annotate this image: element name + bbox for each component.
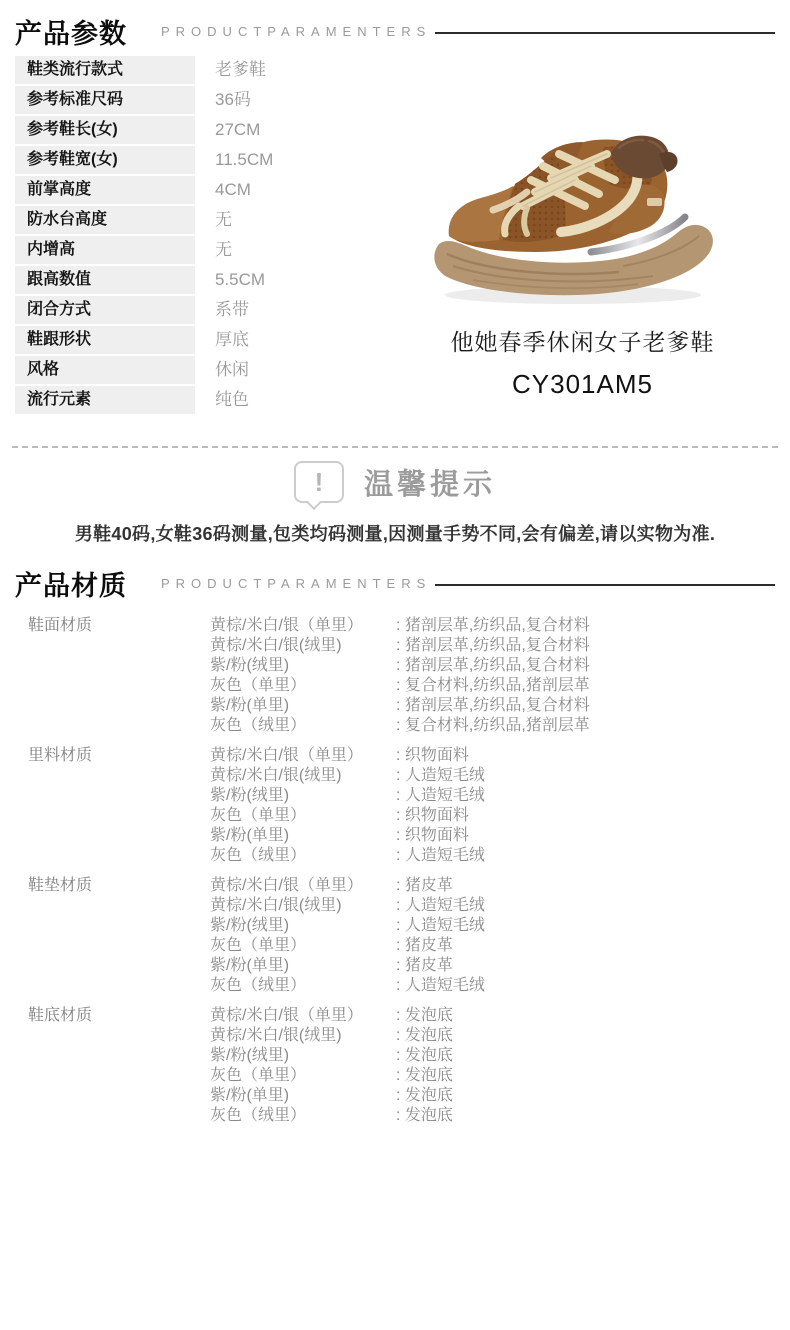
material-variant: 紫/粉(绒里) <box>210 786 396 806</box>
tips-header: ! 温馨提示 <box>0 454 790 510</box>
header-rule <box>435 584 775 586</box>
param-value: 老爹鞋 <box>195 56 266 84</box>
material-variant: 黄棕/米白/银（单里） <box>210 876 396 896</box>
material-section: 鞋垫材质黄棕/米白/银（单里）: 猪皮革黄棕/米白/银(绒里): 人造短毛绒紫/… <box>28 876 775 996</box>
material-row: 黄棕/米白/银（单里）: 猪剖层革,纺织品,复合材料 <box>210 616 775 636</box>
params-area: 鞋类流行款式老爹鞋参考标准尺码36码参考鞋长(女)27CM参考鞋宽(女)11.5… <box>0 52 790 416</box>
material-row: 灰色（单里）: 猪皮革 <box>210 936 775 956</box>
param-label: 参考鞋长(女) <box>15 116 195 144</box>
param-row: 鞋跟形状厚底 <box>15 326 390 356</box>
param-label: 参考鞋宽(女) <box>15 146 195 174</box>
material-variant: 紫/粉(单里) <box>210 826 396 846</box>
param-row: 闭合方式系带 <box>15 296 390 326</box>
material-label: 里料材质 <box>28 746 210 866</box>
param-label: 鞋跟形状 <box>15 326 195 354</box>
material-value: 人造短毛绒 <box>405 916 485 936</box>
material-colon: : <box>396 876 405 896</box>
param-label: 防水台高度 <box>15 206 195 234</box>
product-image-shoe <box>423 114 743 314</box>
param-label: 内增高 <box>15 236 195 264</box>
material-row: 灰色（绒里）: 人造短毛绒 <box>210 846 775 866</box>
material-colon: : <box>396 936 405 956</box>
params-section-subtitle: PRODUCTPARAMENTERS <box>161 24 431 39</box>
material-variant: 紫/粉(绒里) <box>210 1046 396 1066</box>
material-row: 灰色（绒里）: 发泡底 <box>210 1106 775 1126</box>
material-colon: : <box>396 1066 405 1086</box>
material-variant: 紫/粉(绒里) <box>210 916 396 936</box>
material-row: 灰色（绒里）: 复合材料,纺织品,猪剖层革 <box>210 716 775 736</box>
param-value: 系带 <box>195 296 249 324</box>
param-label: 参考标准尺码 <box>15 86 195 114</box>
param-row: 跟高数值5.5CM <box>15 266 390 296</box>
param-row: 内增高无 <box>15 236 390 266</box>
param-value: 无 <box>195 206 232 234</box>
params-section-title: 产品参数 <box>15 12 127 51</box>
param-row: 流行元素纯色 <box>15 386 390 416</box>
material-value: 猪皮革 <box>405 876 453 896</box>
material-colon: : <box>396 636 405 656</box>
material-colon: : <box>396 1086 405 1106</box>
material-label: 鞋底材质 <box>28 1006 210 1126</box>
param-row: 鞋类流行款式老爹鞋 <box>15 56 390 86</box>
material-variant: 黄棕/米白/银（单里） <box>210 1006 396 1026</box>
material-value: 猪剖层革,纺织品,复合材料 <box>405 696 590 716</box>
material-rows: 黄棕/米白/银（单里）: 猪剖层革,纺织品,复合材料黄棕/米白/银(绒里): 猪… <box>210 616 775 736</box>
dashed-divider <box>12 446 778 448</box>
material-colon: : <box>396 1046 405 1066</box>
param-label: 闭合方式 <box>15 296 195 324</box>
material-row: 紫/粉(绒里): 发泡底 <box>210 1046 775 1066</box>
material-variant: 紫/粉(单里) <box>210 696 396 716</box>
material-row: 黄棕/米白/银(绒里): 人造短毛绒 <box>210 896 775 916</box>
material-variant: 灰色（单里） <box>210 676 396 696</box>
material-colon: : <box>396 716 405 736</box>
material-value: 猪剖层革,纺织品,复合材料 <box>405 616 590 636</box>
material-rows: 黄棕/米白/银（单里）: 发泡底黄棕/米白/银(绒里): 发泡底紫/粉(绒里):… <box>210 1006 775 1126</box>
materials-section-title: 产品材质 <box>15 564 127 603</box>
material-value: 人造短毛绒 <box>405 846 485 866</box>
material-value: 织物面料 <box>405 746 469 766</box>
material-variant: 灰色（绒里） <box>210 716 396 736</box>
section-header-materials: 产品材质 PRODUCTPARAMENTERS <box>0 552 790 604</box>
product-model: CY301AM5 <box>390 369 775 400</box>
material-colon: : <box>396 846 405 866</box>
tips-title: 温馨提示 <box>364 462 496 503</box>
material-variant: 黄棕/米白/银(绒里) <box>210 1026 396 1046</box>
material-colon: : <box>396 1026 405 1046</box>
material-value: 猪剖层革,纺织品,复合材料 <box>405 636 590 656</box>
param-value: 11.5CM <box>195 146 273 174</box>
param-label: 前掌高度 <box>15 176 195 204</box>
material-colon: : <box>396 616 405 636</box>
material-colon: : <box>396 916 405 936</box>
material-label: 鞋面材质 <box>28 616 210 736</box>
material-row: 紫/粉(绒里): 人造短毛绒 <box>210 916 775 936</box>
material-colon: : <box>396 766 405 786</box>
param-value: 厚底 <box>195 326 249 354</box>
material-row: 紫/粉(单里): 发泡底 <box>210 1086 775 1106</box>
product-block: 他她春季休闲女子老爹鞋 CY301AM5 <box>390 56 775 416</box>
material-label: 鞋垫材质 <box>28 876 210 996</box>
material-value: 发泡底 <box>405 1046 453 1066</box>
material-row: 灰色（绒里）: 人造短毛绒 <box>210 976 775 996</box>
material-section: 里料材质黄棕/米白/银（单里）: 织物面料黄棕/米白/银(绒里): 人造短毛绒紫… <box>28 746 775 866</box>
materials-list: 鞋面材质黄棕/米白/银（单里）: 猪剖层革,纺织品,复合材料黄棕/米白/银(绒里… <box>0 604 790 1126</box>
material-colon: : <box>396 1006 405 1026</box>
material-row: 紫/粉(单里): 猪剖层革,纺织品,复合材料 <box>210 696 775 716</box>
param-value: 4CM <box>195 176 251 204</box>
param-label: 鞋类流行款式 <box>15 56 195 84</box>
material-value: 猪皮革 <box>405 936 453 956</box>
material-section: 鞋面材质黄棕/米白/银（单里）: 猪剖层革,纺织品,复合材料黄棕/米白/银(绒里… <box>28 616 775 736</box>
material-colon: : <box>396 696 405 716</box>
tips-text: 男鞋40码,女鞋36码测量,包类均码测量,因测量手势不同,会有偏差,请以实物为准… <box>0 520 790 546</box>
param-row: 前掌高度4CM <box>15 176 390 206</box>
params-table: 鞋类流行款式老爹鞋参考标准尺码36码参考鞋长(女)27CM参考鞋宽(女)11.5… <box>15 56 390 416</box>
material-row: 灰色（单里）: 发泡底 <box>210 1066 775 1086</box>
param-value: 纯色 <box>195 386 249 414</box>
material-variant: 黄棕/米白/银(绒里) <box>210 896 396 916</box>
material-value: 复合材料,纺织品,猪剖层革 <box>405 716 590 736</box>
param-label: 风格 <box>15 356 195 384</box>
material-value: 猪皮革 <box>405 956 453 976</box>
material-colon: : <box>396 1106 405 1126</box>
material-value: 织物面料 <box>405 806 469 826</box>
param-value: 27CM <box>195 116 260 144</box>
material-colon: : <box>396 676 405 696</box>
material-variant: 黄棕/米白/银(绒里) <box>210 636 396 656</box>
material-rows: 黄棕/米白/银（单里）: 猪皮革黄棕/米白/银(绒里): 人造短毛绒紫/粉(绒里… <box>210 876 775 996</box>
material-value: 人造短毛绒 <box>405 896 485 916</box>
bubble-tail <box>307 496 321 510</box>
material-variant: 灰色（单里） <box>210 1066 396 1086</box>
material-variant: 灰色（绒里） <box>210 976 396 996</box>
exclamation-bubble-icon: ! <box>294 461 344 503</box>
material-variant: 黄棕/米白/银（单里） <box>210 616 396 636</box>
material-value: 猪剖层革,纺织品,复合材料 <box>405 656 590 676</box>
param-row: 参考鞋宽(女)11.5CM <box>15 146 390 176</box>
exclamation-glyph: ! <box>315 469 324 495</box>
material-value: 发泡底 <box>405 1106 453 1126</box>
material-variant: 紫/粉(单里) <box>210 956 396 976</box>
material-value: 人造短毛绒 <box>405 766 485 786</box>
material-colon: : <box>396 826 405 846</box>
material-rows: 黄棕/米白/银（单里）: 织物面料黄棕/米白/银(绒里): 人造短毛绒紫/粉(绒… <box>210 746 775 866</box>
material-row: 黄棕/米白/银（单里）: 发泡底 <box>210 1006 775 1026</box>
material-colon: : <box>396 806 405 826</box>
material-variant: 灰色（单里） <box>210 806 396 826</box>
product-title: 他她春季休闲女子老爹鞋 <box>390 324 775 357</box>
material-colon: : <box>396 956 405 976</box>
material-row: 黄棕/米白/银(绒里): 人造短毛绒 <box>210 766 775 786</box>
material-colon: : <box>396 896 405 916</box>
material-variant: 灰色（绒里） <box>210 846 396 866</box>
param-row: 参考鞋长(女)27CM <box>15 116 390 146</box>
material-colon: : <box>396 746 405 766</box>
material-variant: 黄棕/米白/银（单里） <box>210 746 396 766</box>
param-value: 36码 <box>195 86 251 114</box>
material-variant: 紫/粉(绒里) <box>210 656 396 676</box>
param-value: 无 <box>195 236 232 264</box>
material-value: 发泡底 <box>405 1086 453 1106</box>
material-value: 人造短毛绒 <box>405 976 485 996</box>
material-row: 黄棕/米白/银（单里）: 织物面料 <box>210 746 775 766</box>
material-row: 紫/粉(绒里): 人造短毛绒 <box>210 786 775 806</box>
section-header-params: 产品参数 PRODUCTPARAMENTERS <box>0 0 790 52</box>
material-variant: 灰色（单里） <box>210 936 396 956</box>
material-colon: : <box>396 786 405 806</box>
material-value: 织物面料 <box>405 826 469 846</box>
material-value: 发泡底 <box>405 1026 453 1046</box>
material-value: 发泡底 <box>405 1006 453 1026</box>
material-value: 发泡底 <box>405 1066 453 1086</box>
material-section: 鞋底材质黄棕/米白/银（单里）: 发泡底黄棕/米白/银(绒里): 发泡底紫/粉(… <box>28 1006 775 1126</box>
product-detail-page: 产品参数 PRODUCTPARAMENTERS 鞋类流行款式老爹鞋参考标准尺码3… <box>0 0 790 1126</box>
param-label: 流行元素 <box>15 386 195 414</box>
material-row: 紫/粉(绒里): 猪剖层革,纺织品,复合材料 <box>210 656 775 676</box>
material-row: 灰色（单里）: 复合材料,纺织品,猪剖层革 <box>210 676 775 696</box>
header-rule <box>435 32 775 34</box>
param-label: 跟高数值 <box>15 266 195 294</box>
material-variant: 紫/粉(单里) <box>210 1086 396 1106</box>
param-value: 休闲 <box>195 356 249 384</box>
material-row: 紫/粉(单里): 猪皮革 <box>210 956 775 976</box>
material-colon: : <box>396 976 405 996</box>
material-colon: : <box>396 656 405 676</box>
material-variant: 黄棕/米白/银(绒里) <box>210 766 396 786</box>
material-row: 黄棕/米白/银（单里）: 猪皮革 <box>210 876 775 896</box>
material-row: 黄棕/米白/银(绒里): 猪剖层革,纺织品,复合材料 <box>210 636 775 656</box>
material-row: 紫/粉(单里): 织物面料 <box>210 826 775 846</box>
param-row: 风格休闲 <box>15 356 390 386</box>
material-row: 灰色（单里）: 织物面料 <box>210 806 775 826</box>
material-variant: 灰色（绒里） <box>210 1106 396 1126</box>
materials-section-subtitle: PRODUCTPARAMENTERS <box>161 576 431 591</box>
material-row: 黄棕/米白/银(绒里): 发泡底 <box>210 1026 775 1046</box>
param-row: 参考标准尺码36码 <box>15 86 390 116</box>
material-value: 复合材料,纺织品,猪剖层革 <box>405 676 590 696</box>
material-value: 人造短毛绒 <box>405 786 485 806</box>
param-value: 5.5CM <box>195 266 265 294</box>
param-row: 防水台高度无 <box>15 206 390 236</box>
